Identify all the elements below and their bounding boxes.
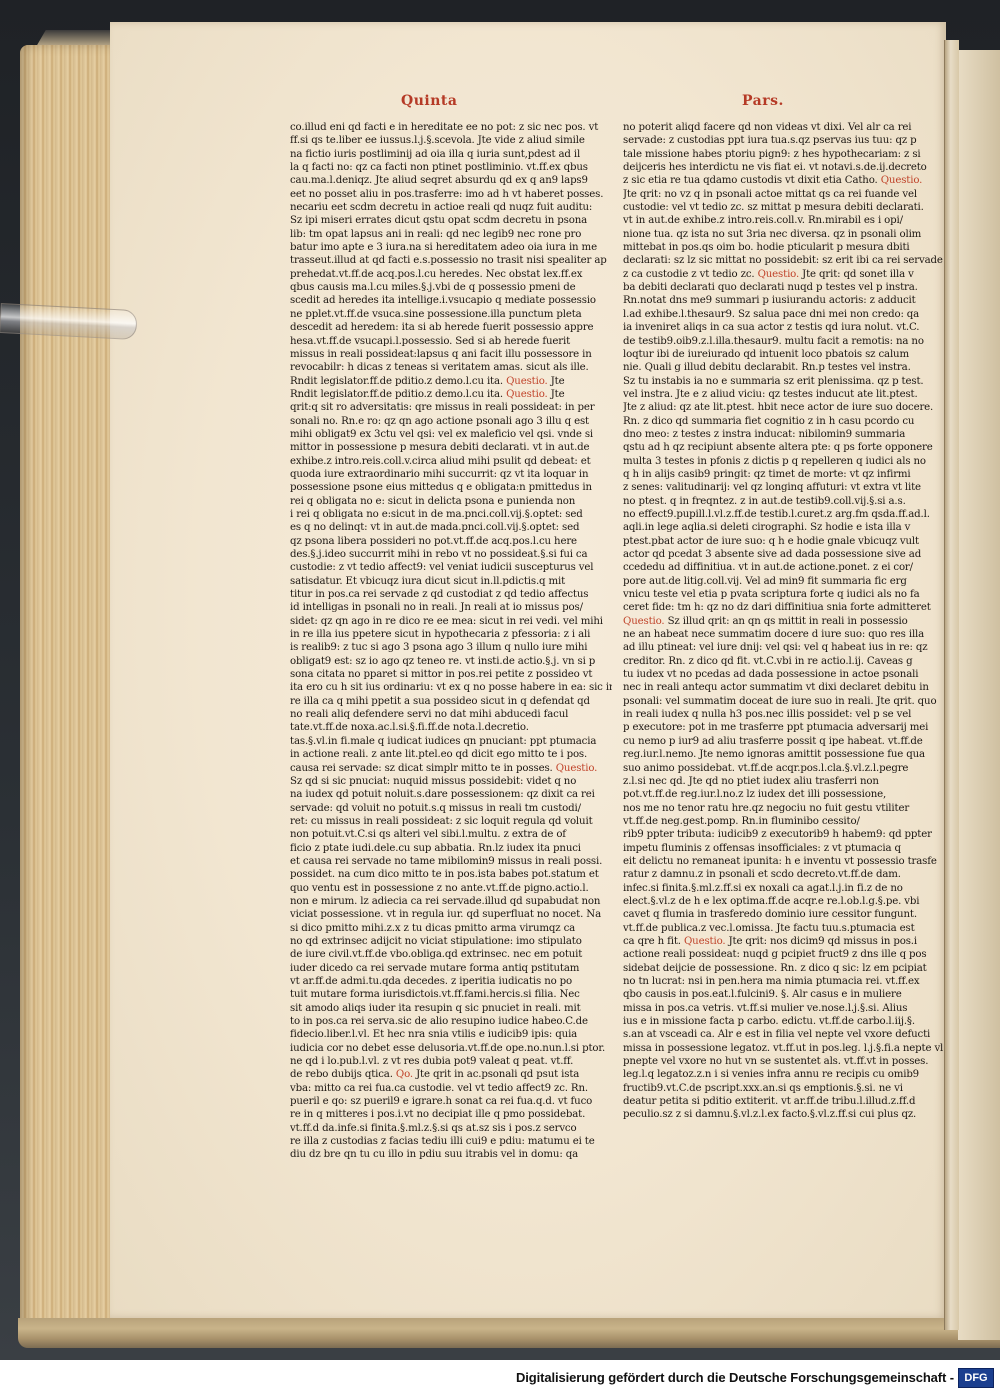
digitization-footer: Digitalisierung gefördert durch die Deut… — [0, 1360, 1000, 1397]
gutter-shadow — [944, 40, 959, 1330]
text-line: ne pplet.vt.ff.de vsuca.sine possessione… — [290, 308, 612, 321]
text-line: Rndit legislator.ff.de pditio.z demo.l.c… — [290, 375, 612, 388]
text-line: hesa.vt.ff.de vsucapi.l.possessio. Sed s… — [290, 335, 612, 348]
text-line: missa in possessione legatoz. vt.ff.ut i… — [623, 1042, 945, 1055]
text-line: re illa z custodias z facias tediu illi … — [290, 1135, 612, 1148]
text-line: prehedat.vt.ff.de acq.pos.l.cu heredes. … — [290, 268, 612, 281]
text-line: des.§.j.ideo succurrit mihi in rebo vt n… — [290, 548, 612, 561]
text-line: ceret fide: tm h: qz no dz dari diffinit… — [623, 601, 945, 614]
text-line: pnepte vel vxore no hut vn se sustentet … — [623, 1055, 945, 1068]
text-line: non e mirum. lz adiecia ca rei servade.i… — [290, 895, 612, 908]
text-line: ba debiti declarati quo declarati nuqd p… — [623, 281, 945, 294]
text-line: servade: z custodias ppt iura tua.s.qz p… — [623, 134, 945, 147]
text-line: quoda iure extraordinario mihi succurrit… — [290, 468, 612, 481]
text-line: exhibe.z intro.reis.coll.v.circa aliud m… — [290, 455, 612, 468]
text-line: z ca custodie z vt tedio zc. Questio. Jt… — [623, 268, 945, 281]
text-line: actor qd pcedat 3 absente sive ad dada p… — [623, 548, 945, 561]
text-line: no ptest. q in freqntez. z in aut.de tes… — [623, 495, 945, 508]
text-line: possessione psone eius mittedus q e obli… — [290, 481, 612, 494]
text-line: tate.vt.ff.de noxa.ac.l.si.§.fi.ff.de no… — [290, 721, 612, 734]
text-line: Jte qrit: no vz q in psonali actoe mitta… — [623, 188, 945, 201]
text-line: Rn. z dico qd summaria fiet cognitio z i… — [623, 415, 945, 428]
text-line: qz psona libera possideri no pot.vt.ff.d… — [290, 535, 612, 548]
text-line: qrit:q sit ro adversitatis: qre missus i… — [290, 401, 612, 414]
text-line: suo animo possidebat. vt.ff.de acqr.pos.… — [623, 762, 945, 775]
text-line: Rndit legislator.ff.de pditio.z demo.l.c… — [290, 388, 612, 401]
text-line: ficio z ptate iudi.dele.cu sup abbatia. … — [290, 842, 612, 855]
text-line: co.illud eni qd facti e in hereditate ee… — [290, 121, 612, 134]
rubric-questio: Questio. — [623, 616, 665, 627]
text-line: no reali aliq defendere servi no dat mih… — [290, 708, 612, 721]
text-line: titur in pos.ca rei servade z qd custodi… — [290, 588, 612, 601]
text-line: nie. Quali g illud debitu declarabit. Rn… — [623, 361, 945, 374]
text-line: qstu ad h qz recipiunt absente altera pt… — [623, 441, 945, 454]
text-line: causa rei servade: sz dicat simplr mitto… — [290, 762, 612, 775]
text-line: l.ad exhibe.l.thesaur9. Sz salua pace dn… — [623, 308, 945, 321]
text-line: satisdatur. Et vbicuqz iura dicut sicut … — [290, 575, 612, 588]
text-line: in reali iudex q nulla h3 pos.nec illis … — [623, 708, 945, 721]
text-line: vel instra. Jte e z aliud viciu: qz test… — [623, 388, 945, 401]
text-line: tas.§.vl.in fi.male q iudicat iudices qn… — [290, 735, 612, 748]
text-line: impetu fluminis z offensas insofficiales… — [623, 842, 945, 855]
text-line: na iudex qd potuit noluit.s.dare possess… — [290, 788, 612, 801]
text-line: ius e in missione facta p carbo. edictu.… — [623, 1015, 945, 1028]
text-line: ia inveniret aliqs in ca sua actor z tes… — [623, 321, 945, 334]
text-line: pueril e qo: sz pueril9 e igrare.h sonat… — [290, 1095, 612, 1108]
text-line: iudicia cor no debet esse delusoria.vt.f… — [290, 1042, 612, 1055]
text-line: na fictio iuris postliminij ad oia illa … — [290, 148, 612, 161]
text-line: no qd extrinsec adijcit no viciat stipul… — [290, 935, 612, 948]
text-line: sidebat deijcie de possessione. Rn. z di… — [623, 962, 945, 975]
text-line: reg.iur.l.nemo. Jte nemo ignoras amittit… — [623, 748, 945, 761]
text-line: es q no delinqt: vt in aut.de mada.pnci.… — [290, 521, 612, 534]
text-line: loqtur ibi de iureiurado qd intuenit loc… — [623, 348, 945, 361]
text-line: de testib9.oib9.z.l.illa.thesaur9. multu… — [623, 335, 945, 348]
text-line: scedit ad heredes ita intellige.i.vsucap… — [290, 294, 612, 307]
text-line: obligat9 est: sz io ago qz teneo re. vt … — [290, 655, 612, 668]
text-line: deatur petita si pditio extiterit. vt ar… — [623, 1095, 945, 1108]
rubric-questio: Questio. — [758, 269, 800, 280]
text-line: ita ero cu h sit ius ordinariu: vt ex q … — [290, 681, 612, 694]
text-line: cau.ma.l.deniqz. Jte aliud seqret absurd… — [290, 174, 612, 187]
rubric-questio: Questio. — [684, 936, 726, 947]
text-line: et causa rei servade no tame mibilomin9 … — [290, 855, 612, 868]
rubric-questio: Questio. — [556, 763, 598, 774]
text-line: dno meo: z testes z instra inducat: nibi… — [623, 428, 945, 441]
text-line: necariu eet scdm decretu in actioe reali… — [290, 201, 612, 214]
text-line: non potuit.vt.C.si qs alteri vel sibi.l.… — [290, 828, 612, 841]
text-line: s.an at vsceadi ca. Alr e est in filia v… — [623, 1028, 945, 1041]
text-line: actione reali possideat: nuqd g pcipiet … — [623, 948, 945, 961]
text-line: nione tua. qz ista no sut 3ria nec diver… — [623, 228, 945, 241]
text-line: eit delictu no remaneat ipunita: h e inv… — [623, 855, 945, 868]
text-line: id intelligas in psonali no in reali. Jn… — [290, 601, 612, 614]
text-line: de iure civil.vt.ff.de vbo.obliga.qd ext… — [290, 948, 612, 961]
text-line: custodie: z vt tedio affect9: vel veniat… — [290, 561, 612, 574]
text-line: ccededu ad diffinitiua. vt in aut.de act… — [623, 561, 945, 574]
text-line: creditor. Rn. z dico qd fit. vt.C.vbi in… — [623, 655, 945, 668]
text-line: qbo causis in pos.eat.l.fulcini9. §. Alr… — [623, 988, 945, 1001]
text-line: sit amodo aliqs iuder ita resupin q sic … — [290, 1002, 612, 1015]
text-line: missa in pos.ca vetris. vt.ff.si mulier … — [623, 1002, 945, 1015]
rubric-questio: Questio. — [881, 175, 923, 186]
text-line: ret: cu missus in reali possideat: z sic… — [290, 815, 612, 828]
text-line: in actione reali. z ante lit.ptel.eo qd … — [290, 748, 612, 761]
text-line: vt.ff.d da.infe.si finita.§.ml.z.§.si qs… — [290, 1122, 612, 1135]
text-line: q h in alijs casib9 pringit: qz timet de… — [623, 468, 945, 481]
text-line: Questio. Sz illud qrit: an qn qs mittit … — [623, 615, 945, 628]
text-line: declarati: sz lz sic mittat no possidebi… — [623, 254, 945, 267]
running-head-left: Quinta — [401, 93, 457, 109]
rubric-questio: Qo. — [396, 1069, 413, 1080]
text-line: mihi obligat9 ex 3ctu vel qsi: vel ex ma… — [290, 428, 612, 441]
text-line: to in pos.ca rei serva.sic de alio resup… — [290, 1015, 612, 1028]
text-line: Sz qd si sic pnuciat: nuquid missus poss… — [290, 775, 612, 788]
book-bottom-edge — [18, 1318, 1000, 1348]
text-line: vt.ff.de publica.z vec.l.omissa. Jte fac… — [623, 922, 945, 935]
text-line: i rei q obligata no e:sicut in de ma.pnc… — [290, 508, 612, 521]
text-line: ptest.pbat actor de iure suo: q h e hodi… — [623, 535, 945, 548]
text-line: tuit mutare forma iurisdictois.vt.ff.fam… — [290, 988, 612, 1001]
text-line: ca qre h fit. Questio. Jte qrit: nos dic… — [623, 935, 945, 948]
text-line: pot.vt.ff.de reg.iur.l.no.z lz iudex det… — [623, 788, 945, 801]
text-line: vnicu teste vel etia p pvata scriptura f… — [623, 588, 945, 601]
dfg-logo: DFG — [958, 1368, 994, 1388]
text-line: z senes: valitudinarij: vel qz longinq a… — [623, 481, 945, 494]
text-line: vt ar.ff.de admi.tu.qda decedes. z iperi… — [290, 975, 612, 988]
text-line: cu nemo p iur9 ad aliu trasferre possit … — [623, 735, 945, 748]
rubric-questio: Questio. — [506, 376, 548, 387]
text-line: ff.si qs te.liber ee iussus.l.j.§.scevol… — [290, 134, 612, 147]
text-line: trasseut.illud at qd facti e.s.possessio… — [290, 254, 612, 267]
text-line: vba: mitto ca rei fua.ca custodie. vel v… — [290, 1082, 612, 1095]
text-line: viciat possessione. vt in regula iur. qd… — [290, 908, 612, 921]
text-line: pore aut.de litig.coll.vij. Vel ad min9 … — [623, 575, 945, 588]
text-line: servade: qd voluit no potuit.s.q missus … — [290, 802, 612, 815]
text-line: qbus causis ma.l.cu miles.§.j.vbi de q p… — [290, 281, 612, 294]
text-line: de rebo dubijs qtica. Qo. Jte qrit in ac… — [290, 1068, 612, 1081]
text-line: fidecio.liber.l.vl. Et hec nra snia vtil… — [290, 1028, 612, 1041]
text-line: multa 3 testes in pfonis z dictis p q re… — [623, 455, 945, 468]
running-head-right: Pars. — [742, 93, 784, 109]
text-line: batur imo apte e 3 iura.na si hereditate… — [290, 241, 612, 254]
text-line: ne an habeat nece summatim docere d iure… — [623, 628, 945, 641]
text-line: lib: tm opat lapsus ani in reali: qd nec… — [290, 228, 612, 241]
facing-page-edge — [958, 50, 1000, 1340]
text-line: descedit ad heredem: ita si ab herede fu… — [290, 321, 612, 334]
text-line: vt.ff.de neg.gest.pomp. Rn.in fluminibo … — [623, 815, 945, 828]
text-line: diu dz bre qn tu cu illo in pdiu suu itr… — [290, 1148, 612, 1161]
text-line: quo ventu est in possessione z no ante.v… — [290, 882, 612, 895]
text-line: revocabilr: h dicas z teneas si veritate… — [290, 361, 612, 374]
text-line: no poterit aliqd facere qd non videas vt… — [623, 121, 945, 134]
text-line: mittebat in pos.qs oim bo. hodie pticula… — [623, 241, 945, 254]
text-line: nos me no tenor ratu hre.qz negociu no f… — [623, 802, 945, 815]
text-line: possidet. na cum dico mitto te in pos.is… — [290, 868, 612, 881]
text-line: z sic etia re tua qdamo custodis vt dixi… — [623, 174, 945, 187]
text-line: peculio.sz z si damnu.§.vl.z.l.ex facto.… — [623, 1108, 945, 1121]
text-line: z.l.si nec qd. Jte qd no ptiet iudex ali… — [623, 775, 945, 788]
text-line: vt in aut.de exhibe.z intro.reis.coll.v.… — [623, 214, 945, 227]
text-line: aqli.in lege aqlia.si deleti cirographi.… — [623, 521, 945, 534]
footer-credit: Digitalisierung gefördert durch die Deut… — [516, 1370, 954, 1385]
text-line: no effect9.pupill.l.vl.z.ff.de testib.l.… — [623, 508, 945, 521]
text-line: si dico pmitto mihi.z.x z tu dicas pmitt… — [290, 922, 612, 935]
text-line: eet no posset aliu in pos.trasferre: imo… — [290, 188, 612, 201]
text-line: in re illa ius ppetere sicut in hypothec… — [290, 628, 612, 641]
text-line: no tn lucrat: nsi in pen.hera ma nimia p… — [623, 975, 945, 988]
text-line: rei q obligata no e: sicut in delicta ps… — [290, 495, 612, 508]
text-line: ne qd i lo.pub.l.vl. z vt res dubia pot9… — [290, 1055, 612, 1068]
text-line: re in q mitteres i pos.i.vt no decipiat … — [290, 1108, 612, 1121]
text-line: mittor in possessione p mesura debiti de… — [290, 441, 612, 454]
text-line: Sz tu instabis ia no e summaria sz erit … — [623, 375, 945, 388]
text-line: fructib9.vt.C.de pscript.xxx.an.si qs em… — [623, 1082, 945, 1095]
text-line: missus in reali possideat:lapsus q ani f… — [290, 348, 612, 361]
text-line: p executore: pot in me trasferre ppt ptu… — [623, 721, 945, 734]
text-column-right: no poterit aliqd facere qd non videas vt… — [623, 121, 945, 1122]
text-line: nec in reali antequ actor summatim vt di… — [623, 681, 945, 694]
text-line: Jte z aliud: qz ate lit.ptest. hbit nece… — [623, 401, 945, 414]
text-line: re illa ca q mihi ppetit a sua possideo … — [290, 695, 612, 708]
text-column-left: co.illud eni qd facti e in hereditate ee… — [290, 121, 612, 1162]
text-line: rib9 ppter tributa: iudicib9 z executori… — [623, 828, 945, 841]
text-line: tale missione habes ptoriu pign9: z hes … — [623, 148, 945, 161]
text-line: deijceris hes interdictu ne vis fiat ei.… — [623, 161, 945, 174]
text-line: cavet q flumia in trasferedo dominio iur… — [623, 908, 945, 921]
text-line: leg.l.q legatoz.z.n i si venies infra an… — [623, 1068, 945, 1081]
text-line: infec.si finita.§.ml.z.ff.si ex noxali c… — [623, 882, 945, 895]
text-line: psonali: vel summatim doceat de iure suo… — [623, 695, 945, 708]
text-line: Rn.notat dns me9 summari p iusiurandu ac… — [623, 294, 945, 307]
text-line: la q facti no: qz ca facti non ptinet po… — [290, 161, 612, 174]
text-line: sona citata no pparet si mittor in pos.r… — [290, 668, 612, 681]
text-line: tu iudex vt no pcedas ad dada possession… — [623, 668, 945, 681]
text-line: ad illu ptineat: vel iure dnij: vel qsi:… — [623, 641, 945, 654]
text-line: ratur z damnu.z in psonali et scdo decre… — [623, 868, 945, 881]
text-line: elect.§.vl.z de h e lex optima.ff.de acq… — [623, 895, 945, 908]
text-line: iuder dicedo ca rei servade mutare forma… — [290, 962, 612, 975]
text-line: custodie: vel vt tedio zc. sz mittat p m… — [623, 201, 945, 214]
text-line: Sz ipi miseri errates dicut qstu opat sc… — [290, 214, 612, 227]
text-line: sonali no. Rn.e ro: qz qn ago actione ps… — [290, 415, 612, 428]
rubric-questio: Questio. — [506, 389, 548, 400]
text-line: is realib9: z tuc si ago 3 psona ago 3 i… — [290, 641, 612, 654]
text-line: sidet: qz qn ago in re dico re ee mea: s… — [290, 615, 612, 628]
